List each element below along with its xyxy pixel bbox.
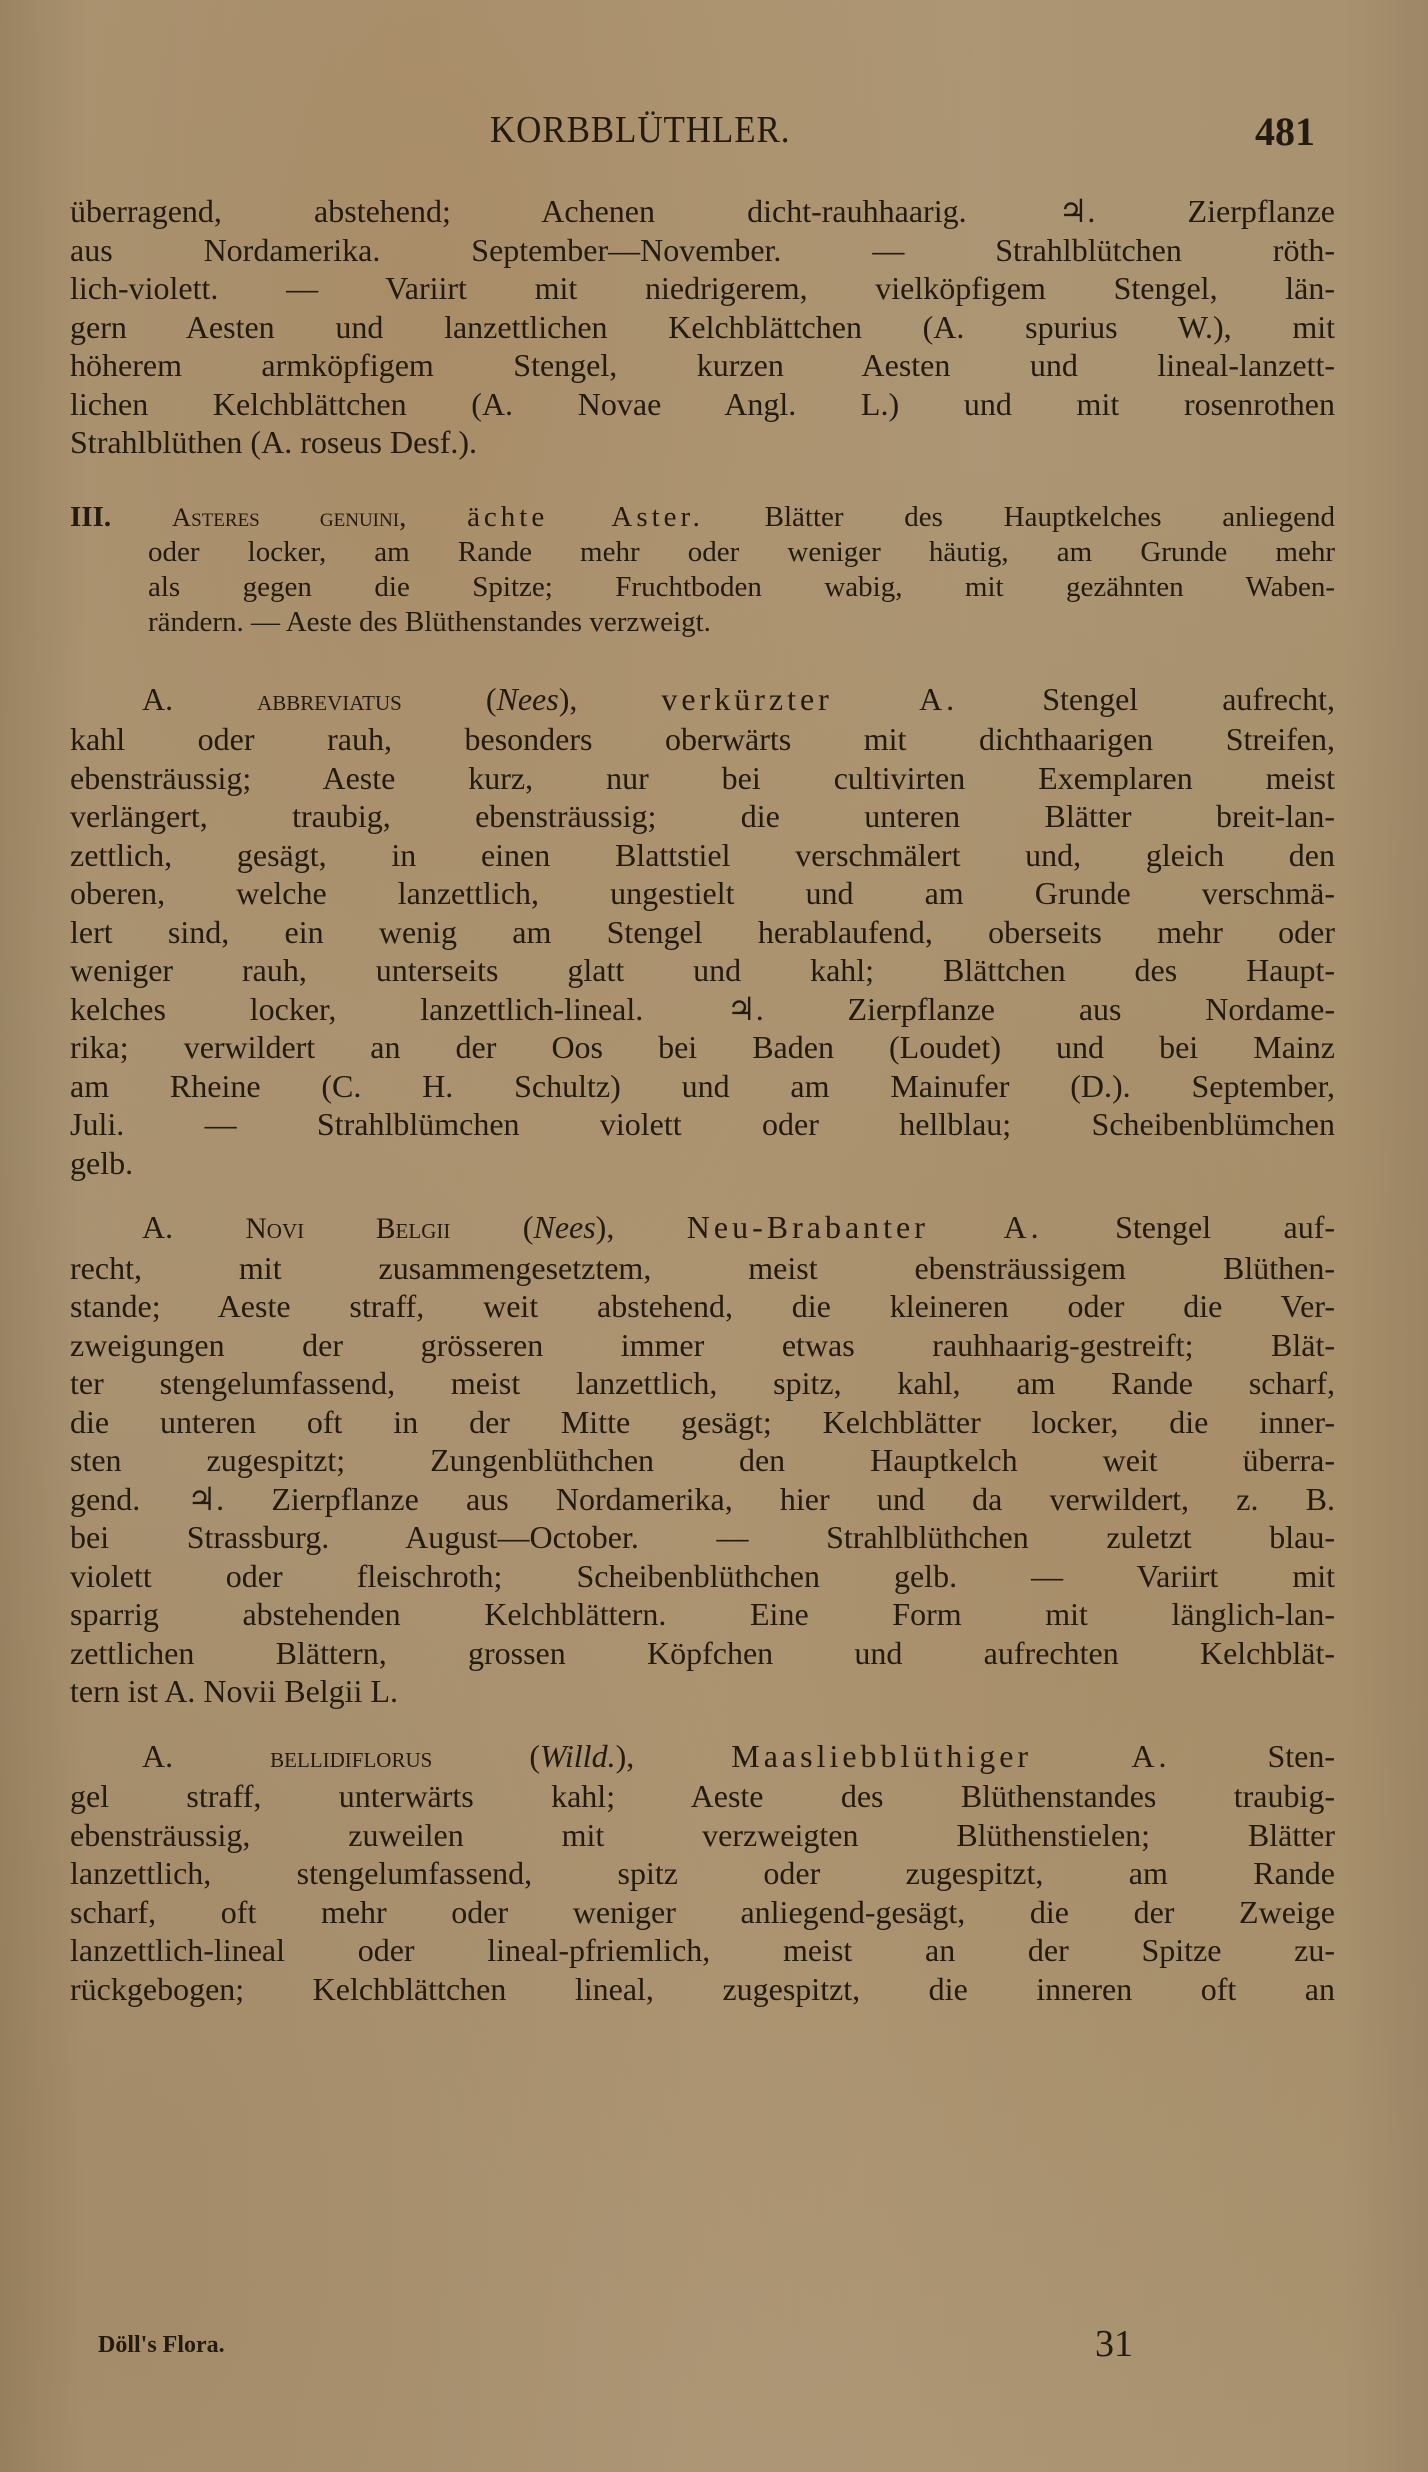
text-line: am Rheine (C. H. Schultz) und am Mainufe… bbox=[70, 1067, 1335, 1106]
text-line: rika; verwildert an der Oos bei Baden (L… bbox=[70, 1028, 1335, 1067]
species-authority: Willd. bbox=[540, 1738, 616, 1774]
text-line: sparrig abstehenden Kelchblättern. Eine … bbox=[70, 1595, 1335, 1634]
species-first-line: A. bellidiflorus (Willd.), Maasliebblüth… bbox=[70, 1737, 1335, 1778]
species-epithet: bellidiflorus bbox=[270, 1742, 432, 1774]
species-epithet: abbreviatus bbox=[257, 685, 402, 717]
species-common-name: verkürzter A. bbox=[661, 681, 958, 717]
species-epithet: Novi Belgii bbox=[246, 1213, 451, 1245]
text-line: die unteren oft in der Mitte gesägt; Kel… bbox=[70, 1403, 1335, 1442]
text-line: lichen Kelchblättchen (A. Novae Angl. L.… bbox=[70, 385, 1335, 424]
page-number: 481 bbox=[1255, 108, 1315, 155]
text-line: lanzettlich, stengelumfassend, spitz ode… bbox=[70, 1854, 1335, 1893]
species-authority: Nees bbox=[496, 681, 558, 717]
section-name: Asteres genuini bbox=[172, 502, 399, 532]
text-line: überragend, abstehend; Achenen dicht-rau… bbox=[70, 192, 1335, 231]
text-fragment: Blätter des Hauptkelches anliegend bbox=[765, 501, 1335, 533]
text-fragment: Stengel auf- bbox=[1115, 1209, 1335, 1245]
text-line: höherem armköpfigem Stengel, kurzen Aest… bbox=[70, 346, 1335, 385]
book-page: KORBBLÜTHLER. 481 überragend, abstehend;… bbox=[0, 0, 1428, 2472]
text-line: lert sind, ein wenig am Stengel herablau… bbox=[70, 913, 1335, 952]
species-entry-novi-belgii: A. Novi Belgii (Nees), Neu-Brabanter A. … bbox=[70, 1208, 1335, 1711]
text-line: scharf, oft mehr oder weniger anliegend-… bbox=[70, 1893, 1335, 1932]
section-first-line: III. Asteres genuini, ächte Aster. Blätt… bbox=[70, 500, 1335, 535]
section-heading-paragraph: III. Asteres genuini, ächte Aster. Blätt… bbox=[70, 500, 1335, 640]
text-line: violett oder fleischroth; Scheibenblüthc… bbox=[70, 1557, 1335, 1596]
text-line: sten zugespitzt; Zungenblüthchen den Hau… bbox=[70, 1441, 1335, 1480]
text-fragment: Sten- bbox=[1267, 1738, 1335, 1774]
species-common-name: Maasliebblüthiger A. bbox=[731, 1738, 1170, 1774]
genus-abbrev: A. bbox=[142, 681, 173, 717]
text-line: zweigungen der grösseren immer etwas rau… bbox=[70, 1326, 1335, 1365]
text-line: gelb. bbox=[70, 1144, 1335, 1183]
text-line: stande; Aeste straff, weit abstehend, di… bbox=[70, 1287, 1335, 1326]
text-line: oberen, welche lanzettlich, ungestielt u… bbox=[70, 874, 1335, 913]
text-line: rückgebogen; Kelchblättchen lineal, zuge… bbox=[70, 1970, 1335, 2009]
genus-abbrev: A. bbox=[142, 1738, 173, 1774]
species-common-name: Neu-Brabanter A. bbox=[687, 1209, 1043, 1245]
species-entry-abbreviatus: A. abbreviatus (Nees), verkürzter A. Ste… bbox=[70, 680, 1335, 1183]
text-line: lanzettlich-lineal oder lineal-pfriemlic… bbox=[70, 1931, 1335, 1970]
section-common-name: ächte Aster. bbox=[467, 501, 704, 533]
species-entry-bellidiflorus: A. bellidiflorus (Willd.), Maasliebblüth… bbox=[70, 1737, 1335, 2009]
text-line: zettlichen Blättern, grossen Köpfchen un… bbox=[70, 1634, 1335, 1673]
text-line: gend. ♃. Zierpflanze aus Nordamerika, hi… bbox=[70, 1480, 1335, 1519]
genus-abbrev: A. bbox=[142, 1209, 173, 1245]
text-line: Strahlblüthen (A. roseus Desf.). bbox=[70, 423, 1335, 462]
text-fragment: Stengel aufrecht, bbox=[1042, 681, 1335, 717]
text-line: oder locker, am Rande mehr oder weniger … bbox=[148, 535, 1335, 570]
text-line: tern ist A. Novii Belgii L. bbox=[70, 1672, 1335, 1711]
text-line: gern Aesten und lanzettlichen Kelchblätt… bbox=[70, 308, 1335, 347]
continuation-paragraph: überragend, abstehend; Achenen dicht-rau… bbox=[70, 192, 1335, 462]
page-header: KORBBLÜTHLER. 481 bbox=[0, 108, 1428, 158]
sheet-number: 31 bbox=[1095, 2322, 1133, 2366]
text-line: ebensträussig, zuweilen mit verzweigten … bbox=[70, 1816, 1335, 1855]
text-line: rändern. — Aeste des Blüthenstandes verz… bbox=[148, 605, 1335, 640]
text-line: kahl oder rauh, besonders oberwärts mit … bbox=[70, 720, 1335, 759]
page-body: überragend, abstehend; Achenen dicht-rau… bbox=[70, 192, 1335, 2008]
text-line: verlängert, traubig, ebensträussig; die … bbox=[70, 797, 1335, 836]
species-authority: Nees bbox=[533, 1209, 595, 1245]
section-numeral: III. bbox=[70, 501, 111, 533]
text-line: kelches locker, lanzettlich-lineal. ♃. Z… bbox=[70, 990, 1335, 1029]
text-line: ter stengelumfassend, meist lanzettlich,… bbox=[70, 1364, 1335, 1403]
text-line: aus Nordamerika. September—November. — S… bbox=[70, 231, 1335, 270]
text-line: recht, mit zusammengesetztem, meist eben… bbox=[70, 1249, 1335, 1288]
text-line: lich-violett. — Variirt mit niedrigerem,… bbox=[70, 269, 1335, 308]
text-line: als gegen die Spitze; Fruchtboden wabig,… bbox=[148, 570, 1335, 605]
text-line: gel straff, unterwärts kahl; Aeste des B… bbox=[70, 1777, 1335, 1816]
species-first-line: A. abbreviatus (Nees), verkürzter A. Ste… bbox=[70, 680, 1335, 721]
species-first-line: A. Novi Belgii (Nees), Neu-Brabanter A. … bbox=[70, 1208, 1335, 1249]
text-line: bei Strassburg. August—October. — Strahl… bbox=[70, 1518, 1335, 1557]
running-title: KORBBLÜTHLER. bbox=[490, 108, 790, 152]
text-line: zettlich, gesägt, in einen Blattstiel ve… bbox=[70, 836, 1335, 875]
text-line: weniger rauh, unterseits glatt und kahl;… bbox=[70, 951, 1335, 990]
text-line: ebensträussig; Aeste kurz, nur bei culti… bbox=[70, 759, 1335, 798]
signature-mark: Döll's Flora. bbox=[98, 2332, 225, 2359]
text-line: Juli. — Strahlblümchen violett oder hell… bbox=[70, 1105, 1335, 1144]
